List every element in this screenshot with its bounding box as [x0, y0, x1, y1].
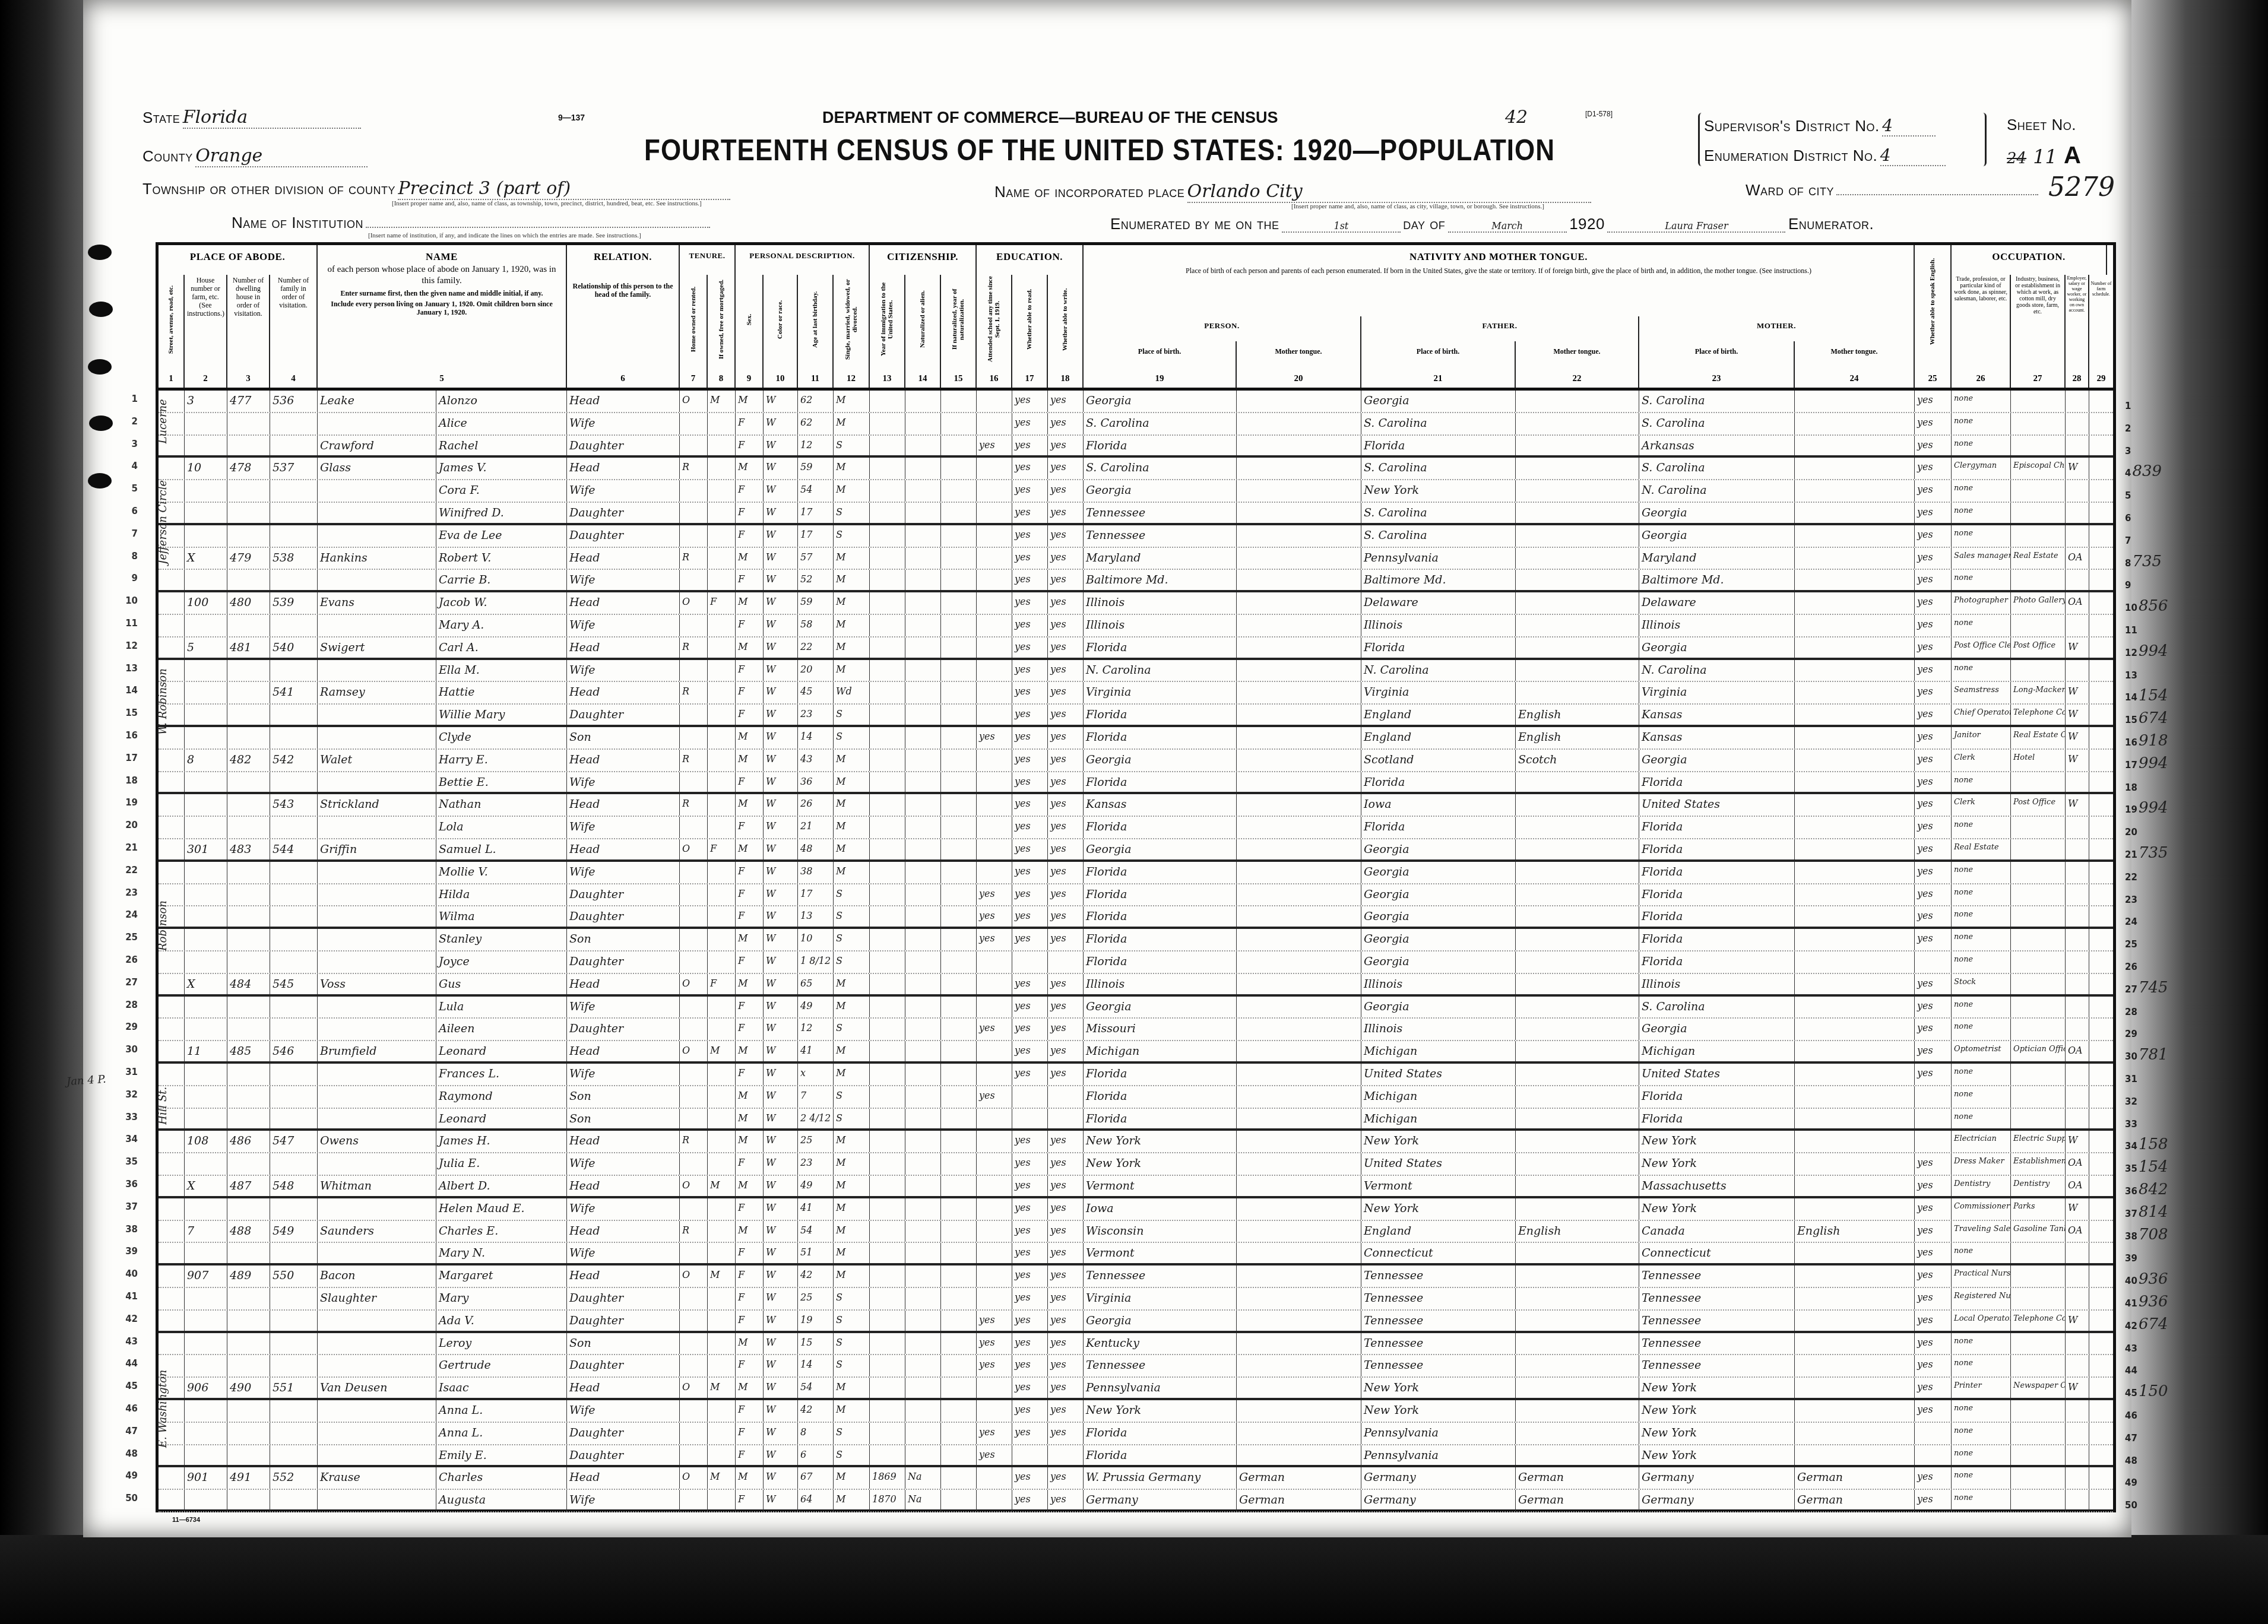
- cell-dwelling: 490: [227, 1378, 270, 1398]
- cell-pob: Florida: [1084, 436, 1237, 456]
- cell-trade: none: [1952, 906, 2011, 927]
- cell-family: [270, 906, 318, 927]
- cell-trade: Post Office Clerk: [1952, 637, 2011, 658]
- table-row[interactable]: LulaWifeFW49MyesyesGeorgiaGeorgiaS. Caro…: [159, 997, 2113, 1019]
- table-row[interactable]: Winifred D.DaughterFW17SyesyesTennesseeS…: [159, 503, 2113, 525]
- cell-natyr: [941, 458, 977, 479]
- table-row[interactable]: Carrie B.WifeFW52MyesyesBaltimore Md.Bal…: [159, 570, 2113, 592]
- cell-dwelling: [227, 1445, 270, 1466]
- cell-imm: [870, 1311, 905, 1331]
- cell-farm: [2089, 951, 2113, 973]
- cell-color: W: [764, 1064, 798, 1085]
- cell-industry: [2011, 660, 2066, 681]
- cell-mortgage: M: [708, 1176, 736, 1196]
- cell-family: 537: [270, 458, 318, 479]
- county-value[interactable]: Orange: [195, 145, 368, 167]
- cell-natyr: [941, 1243, 977, 1263]
- cell-age: 7: [798, 1086, 834, 1108]
- table-row[interactable]: Ada V.DaughterFW19SyesyesyesGeorgiaTenne…: [159, 1311, 2113, 1333]
- cell-m-tongue: [1795, 929, 1915, 950]
- table-row[interactable]: HildaDaughterFW17SyesyesyesFloridaGeorgi…: [159, 884, 2113, 907]
- line-number-right: 49: [2125, 1472, 2161, 1490]
- table-row[interactable]: 301483544GriffinSamuel L.HeadOFMW48Myesy…: [159, 839, 2113, 862]
- cell-color: W: [764, 413, 798, 434]
- table-row[interactable]: Anna L.DaughterFW8SyesyesyesFloridaPenns…: [159, 1423, 2113, 1445]
- cell-relation: Head: [567, 974, 680, 994]
- line-number-left: 15: [123, 708, 138, 718]
- cell-m-pob: Germany: [1639, 1490, 1795, 1511]
- cell-sex: F: [736, 570, 764, 590]
- cell-f-pob: New York: [1361, 1378, 1516, 1398]
- cell-surname: Saunders: [318, 1221, 436, 1242]
- cell-m-pob: Canada: [1639, 1221, 1795, 1242]
- cell-given: Augusta: [436, 1490, 567, 1511]
- cell-age: 45: [798, 682, 834, 703]
- cell-age: 21: [798, 817, 834, 838]
- cell-m-tongue: [1795, 592, 1915, 614]
- cell-own: [680, 1490, 708, 1511]
- cell-english: yes: [1915, 592, 1952, 614]
- cell-age: 51: [798, 1243, 834, 1263]
- cell-relation: Son: [567, 1333, 680, 1355]
- cell-house: [185, 436, 227, 456]
- table-row[interactable]: Emily E.DaughterFW6SyesFloridaPennsylvan…: [159, 1445, 2113, 1468]
- cell-industry: [2011, 1243, 2066, 1263]
- cell-given: Hattie: [436, 682, 567, 703]
- table-row[interactable]: 8482542WaletHarry E.HeadRMW43MyesyesGeor…: [159, 750, 2113, 772]
- cell-relation: Head: [567, 637, 680, 658]
- cell-read: yes: [1012, 436, 1048, 456]
- cell-color: W: [764, 1265, 798, 1287]
- cell-f-tongue: [1516, 615, 1639, 636]
- cell-relation: Wife: [567, 1198, 680, 1220]
- cell-natyr: [941, 817, 977, 838]
- cell-surname: [318, 906, 436, 927]
- cell-f-pob: England: [1361, 705, 1516, 725]
- cell-surname: [318, 705, 436, 725]
- cell-family: [270, 1086, 318, 1108]
- table-row[interactable]: Frances L.WifeFWxMyesyesFloridaUnited St…: [159, 1064, 2113, 1086]
- table-row[interactable]: Eva de LeeDaughterFW17SyesyesTennesseeS.…: [159, 525, 2113, 548]
- table-row[interactable]: Bettie E.WifeFW36MyesyesFloridaFloridaFl…: [159, 772, 2113, 795]
- cell-m-tongue: [1795, 503, 1915, 523]
- table-row[interactable]: LeroySonMW15SyesyesyesKentuckyTennesseeT…: [159, 1333, 2113, 1356]
- cell-relation: Wife: [567, 615, 680, 636]
- cell-color: W: [764, 503, 798, 523]
- cell-relation: Daughter: [567, 884, 680, 906]
- cell-sex: F: [736, 1198, 764, 1220]
- cell-farm: [2089, 1355, 2113, 1376]
- cell-english: yes: [1915, 1019, 1952, 1040]
- cell-pob: Florida: [1084, 884, 1237, 906]
- cell-school: yes: [977, 727, 1012, 748]
- cell-m-tongue: [1795, 1131, 1915, 1152]
- cell-age: 36: [798, 772, 834, 792]
- cell-surname: [318, 660, 436, 681]
- punch-hole: [88, 473, 112, 489]
- table-row[interactable]: Willie MaryDaughterFW23SyesyesFloridaEng…: [159, 705, 2113, 727]
- table-row[interactable]: 907489550BaconMargaretHeadOMFW42MyesyesT…: [159, 1265, 2113, 1288]
- cell-house: [185, 705, 227, 725]
- table-row[interactable]: X487548WhitmanAlbert D.HeadOMMW49Myesyes…: [159, 1176, 2113, 1198]
- cell-age: 1 8/12: [798, 951, 834, 973]
- cell-imm: [870, 1400, 905, 1422]
- cell-age: 43: [798, 750, 834, 771]
- table-row[interactable]: 901491552KrauseCharlesHeadOMMW67M1869Nay…: [159, 1467, 2113, 1490]
- cell-m-pob: Massachusetts: [1639, 1176, 1795, 1196]
- cell-family: [270, 1355, 318, 1376]
- cell-own: [680, 1064, 708, 1085]
- cell-imm: [870, 436, 905, 456]
- cell-school: [977, 1064, 1012, 1085]
- cell-natyr: [941, 1355, 977, 1376]
- cell-trade: Dress Maker: [1952, 1153, 2011, 1175]
- cell-english: yes: [1915, 750, 1952, 771]
- cell-m-pob: New York: [1639, 1198, 1795, 1220]
- table-row[interactable]: 541RamseyHattieHeadRFW45WdyesyesVirginia…: [159, 682, 2113, 705]
- cell-industry: Real Estate: [2011, 548, 2066, 569]
- cell-m-pob: Baltimore Md.: [1639, 570, 1795, 590]
- table-row[interactable]: 108486547OwensJames H.HeadRMW25MyesyesNe…: [159, 1131, 2113, 1153]
- cell-own: R: [680, 637, 708, 658]
- cell-imm: [870, 458, 905, 479]
- cell-pob: Florida: [1084, 862, 1237, 883]
- cell-read: yes: [1012, 750, 1048, 771]
- cell-read: yes: [1012, 1288, 1048, 1309]
- cell-color: W: [764, 1333, 798, 1355]
- enumeration-district-value[interactable]: 4: [1880, 145, 1946, 166]
- cell-trade: none: [1952, 1423, 2011, 1444]
- table-row[interactable]: 543StricklandNathanHeadRMW26MyesyesKansa…: [159, 794, 2113, 817]
- cell-m-tongue: [1795, 570, 1915, 590]
- institution-field: Name of Institution [Insert name of inst…: [232, 214, 710, 239]
- table-row[interactable]: AliceWifeFW62MyesyesS. CarolinaS. Caroli…: [159, 413, 2113, 436]
- enumerated-month[interactable]: March: [1448, 220, 1567, 233]
- cell-nat: [905, 1333, 941, 1355]
- cell-age: 14: [798, 727, 834, 748]
- line-number-left: 47: [123, 1426, 138, 1436]
- cell-nat: [905, 1019, 941, 1040]
- cell-family: [270, 1109, 318, 1129]
- incorporated-field: Name of incorporated place Orlando City …: [994, 181, 1591, 210]
- cell-f-pob: Michigan: [1361, 1086, 1516, 1108]
- cell-color: W: [764, 794, 798, 816]
- table-row[interactable]: Mary N.WifeFW51MyesyesVermontConnecticut…: [159, 1243, 2113, 1265]
- table-row[interactable]: JoyceDaughterFW1 8/12SFloridaGeorgiaFlor…: [159, 951, 2113, 974]
- cell-f-tongue: [1516, 413, 1639, 434]
- cell-own: O: [680, 592, 708, 614]
- cell-surname: [318, 1490, 436, 1511]
- table-row[interactable]: Anna L.WifeFW42MyesyesNew YorkNew YorkNe…: [159, 1400, 2113, 1423]
- cell-industry: [2011, 1423, 2066, 1444]
- cell-color: W: [764, 1288, 798, 1309]
- cell-school: [977, 660, 1012, 681]
- table-row[interactable]: Ella M.WifeFW20MyesyesN. CarolinaN. Caro…: [159, 660, 2113, 683]
- cell-m-pob: Kansas: [1639, 727, 1795, 748]
- cell-imm: [870, 525, 905, 547]
- table-row[interactable]: Julia E.WifeFW23MyesyesNew YorkUnited St…: [159, 1153, 2113, 1176]
- cell-school: [977, 525, 1012, 547]
- cell-color: W: [764, 1355, 798, 1376]
- cell-house: 100: [185, 592, 227, 614]
- ward-value[interactable]: [1836, 194, 2038, 195]
- cell-trade: none: [1952, 1064, 2011, 1085]
- cell-family: 542: [270, 750, 318, 771]
- township-value[interactable]: Precinct 3 (part of): [398, 178, 730, 200]
- table-row[interactable]: 5481540SwigertCarl A.HeadRMW22MyesyesFlo…: [159, 637, 2113, 660]
- cell-f-tongue: [1516, 391, 1639, 412]
- cell-trade: none: [1952, 525, 2011, 547]
- cell-english: yes: [1915, 413, 1952, 434]
- cell-color: W: [764, 772, 798, 792]
- cell-color: W: [764, 997, 798, 1018]
- table-row[interactable]: 11485546BrumfieldLeonardHeadOMMW41Myesye…: [159, 1041, 2113, 1064]
- cell-nat: [905, 1153, 941, 1175]
- cell-family: 536: [270, 391, 318, 412]
- cell-m-pob: N. Carolina: [1639, 660, 1795, 681]
- cell-family: [270, 862, 318, 883]
- table-row[interactable]: X479538HankinsRobert V.HeadRMW57MyesyesM…: [159, 548, 2113, 570]
- cell-write: yes: [1048, 660, 1084, 681]
- cell-given: Albert D.: [436, 1176, 567, 1196]
- line-number-right: 50: [2125, 1495, 2161, 1512]
- cell-surname: Crawford: [318, 436, 436, 456]
- cell-f-tongue: English: [1516, 705, 1639, 725]
- cell-given: Emily E.: [436, 1445, 567, 1466]
- cell-color: W: [764, 480, 798, 502]
- cell-f-tongue: [1516, 682, 1639, 703]
- cell-marital: M: [834, 480, 870, 502]
- cell-surname: [318, 1019, 436, 1040]
- cell-family: [270, 817, 318, 838]
- cell-f-pob: United States: [1361, 1153, 1516, 1175]
- supervisor-value[interactable]: 4: [1882, 116, 1936, 137]
- state-value[interactable]: Florida: [183, 107, 361, 129]
- cell-relation: Wife: [567, 817, 680, 838]
- cell-industry: [2011, 1265, 2066, 1287]
- cell-write: yes: [1048, 592, 1084, 614]
- cell-color: W: [764, 951, 798, 973]
- cell-color: W: [764, 1311, 798, 1331]
- cell-write: yes: [1048, 929, 1084, 950]
- cell-farm: [2089, 1311, 2113, 1331]
- cell-given: Samuel L.: [436, 839, 567, 859]
- cell-pob: Georgia: [1084, 391, 1237, 412]
- cell-farm: [2089, 1086, 2113, 1108]
- cell-read: yes: [1012, 1467, 1048, 1489]
- line-number-left: 43: [123, 1336, 138, 1347]
- cell-surname: [318, 1355, 436, 1376]
- cell-marital: S: [834, 929, 870, 950]
- cell-class: W: [2066, 1198, 2089, 1220]
- cell-natyr: [941, 1378, 977, 1398]
- table-row[interactable]: AugustaWifeFW64M1870NayesyesGermanyGerma…: [159, 1490, 2113, 1512]
- cell-trade: none: [1952, 1333, 2011, 1355]
- line-number-left: 49: [123, 1470, 138, 1481]
- enumeration-district-field: Enumeration District No. 4: [1704, 145, 1946, 166]
- cell-pob: S. Carolina: [1084, 458, 1237, 479]
- cell-class: [2066, 503, 2089, 523]
- cell-given: Ella M.: [436, 660, 567, 681]
- line-number-right: 42674: [2125, 1315, 2161, 1333]
- cell-own: [680, 1355, 708, 1376]
- cell-pob: Missouri: [1084, 1019, 1237, 1040]
- cell-english: yes: [1915, 1378, 1952, 1398]
- cell-mortgage: [708, 1109, 736, 1129]
- table-row[interactable]: Cora F.WifeFW54MyesyesGeorgiaNew YorkN. …: [159, 480, 2113, 503]
- cell-school: [977, 503, 1012, 523]
- cell-industry: [2011, 1467, 2066, 1489]
- cell-f-pob: Germany: [1361, 1490, 1516, 1511]
- cell-imm: [870, 750, 905, 771]
- table-row[interactable]: StanleySonMW10SyesyesyesFloridaGeorgiaFl…: [159, 929, 2113, 951]
- table-row[interactable]: 7488549SaundersCharles E.HeadRMW54Myesye…: [159, 1221, 2113, 1244]
- table-row[interactable]: 906490551Van DeusenIsaacHeadOMMW54Myesye…: [159, 1378, 2113, 1400]
- cell-mortgage: [708, 1288, 736, 1309]
- cell-relation: Daughter: [567, 525, 680, 547]
- table-row[interactable]: SlaughterMaryDaughterFW25SyesyesVirginia…: [159, 1288, 2113, 1311]
- cell-mortgage: [708, 1355, 736, 1376]
- table-row[interactable]: 100480539EvansJacob W.HeadOFMW59MyesyesI…: [159, 592, 2113, 615]
- col-17-read: Whether able to read.17: [1012, 275, 1048, 388]
- cell-m-pob: New York: [1639, 1131, 1795, 1152]
- cell-class: [2066, 1445, 2089, 1466]
- cell-marital: M: [834, 1176, 870, 1196]
- cell-surname: [318, 1311, 436, 1331]
- occupation-code-note: 154: [2139, 687, 2168, 705]
- cell-read: yes: [1012, 660, 1048, 681]
- table-row[interactable]: Mollie V.WifeFW38MyesyesFloridaGeorgiaFl…: [159, 862, 2113, 884]
- table-row[interactable]: ClydeSonMW14SyesyesyesFloridaEnglandEngl…: [159, 727, 2113, 750]
- cell-age: 26: [798, 794, 834, 816]
- cell-industry: [2011, 839, 2066, 859]
- cell-mortgage: [708, 884, 736, 906]
- cell-class: W: [2066, 1311, 2089, 1331]
- cell-class: [2066, 1288, 2089, 1309]
- cell-class: [2066, 1086, 2089, 1108]
- cell-sex: M: [736, 794, 764, 816]
- table-row[interactable]: Helen Maud E.WifeFW41MyesyesIowaNew York…: [159, 1198, 2113, 1221]
- cell-natyr: [941, 974, 977, 994]
- cell-class: W: [2066, 458, 2089, 479]
- cell-school: [977, 817, 1012, 838]
- line-number-right: 36842: [2125, 1181, 2161, 1198]
- cell-class: [2066, 997, 2089, 1018]
- cell-color: W: [764, 525, 798, 547]
- department-title: DEPARTMENT OF COMMERCE—BUREAU OF THE CEN…: [822, 109, 1278, 127]
- cell-surname: [318, 1064, 436, 1085]
- cell-house: [185, 906, 227, 927]
- cell-house: 301: [185, 839, 227, 859]
- table-row[interactable]: AileenDaughterFW12SyesyesyesMissouriIlli…: [159, 1019, 2113, 1041]
- cell-imm: [870, 1064, 905, 1085]
- county-field: County Orange: [142, 145, 368, 167]
- cell-house: [185, 1490, 227, 1511]
- table-row[interactable]: LeonardSonMW2 4/12SFloridaMichiganFlorid…: [159, 1109, 2113, 1131]
- cell-class: [2066, 1265, 2089, 1287]
- cell-relation: Wife: [567, 1153, 680, 1175]
- cell-school: yes: [977, 1423, 1012, 1444]
- cell-m-pob: Germany: [1639, 1467, 1795, 1489]
- cell-class: OA: [2066, 1221, 2089, 1242]
- cell-marital: M: [834, 570, 870, 590]
- cell-house: [185, 480, 227, 502]
- cell-tongue: [1237, 1176, 1361, 1196]
- cell-imm: [870, 660, 905, 681]
- cell-read: yes: [1012, 480, 1048, 502]
- line-number-left: 33: [123, 1112, 138, 1122]
- cell-class: W: [2066, 1378, 2089, 1398]
- cell-read: yes: [1012, 705, 1048, 725]
- col-8-mortgaged: If owned, free or mortgaged.8: [708, 275, 736, 388]
- cell-trade: none: [1952, 436, 2011, 456]
- table-row[interactable]: CrawfordRachelDaughterFW12SyesyesyesFlor…: [159, 436, 2113, 458]
- cell-dwelling: [227, 1064, 270, 1085]
- table-row[interactable]: RaymondSonMW7SyesFloridaMichiganFloridan…: [159, 1086, 2113, 1109]
- cell-family: [270, 1490, 318, 1511]
- cell-given: Gertrude: [436, 1355, 567, 1376]
- cell-read: [1012, 951, 1048, 973]
- cell-write: yes: [1048, 906, 1084, 927]
- cell-age: 6: [798, 1445, 834, 1466]
- cell-industry: [2011, 525, 2066, 547]
- table-row[interactable]: GertrudeDaughterFW14SyesyesyesTennesseeT…: [159, 1355, 2113, 1378]
- cell-marital: M: [834, 458, 870, 479]
- cell-f-pob: Delaware: [1361, 592, 1516, 614]
- cell-surname: [318, 1243, 436, 1263]
- table-row[interactable]: X484545VossGusHeadOFMW65MyesyesIllinoisI…: [159, 974, 2113, 997]
- enumerator-name[interactable]: Laura Fraser: [1607, 220, 1785, 233]
- cell-dwelling: 483: [227, 839, 270, 859]
- cell-write: yes: [1048, 750, 1084, 771]
- cell-own: R: [680, 1131, 708, 1152]
- table-row[interactable]: 3477536LeakeAlonzoHeadOMMW62MyesyesGeorg…: [159, 391, 2113, 413]
- cell-mortgage: [708, 548, 736, 569]
- table-row[interactable]: WilmaDaughterFW13SyesyesyesFloridaGeorgi…: [159, 906, 2113, 929]
- cell-trade: Sales manager: [1952, 548, 2011, 569]
- institution-value[interactable]: [366, 227, 710, 228]
- table-row[interactable]: LolaWifeFW21MyesyesFloridaFloridaFlorida…: [159, 817, 2113, 839]
- cell-nat: [905, 1221, 941, 1242]
- table-row[interactable]: Mary A.WifeFW58MyesyesIllinoisIllinoisIl…: [159, 615, 2113, 637]
- cell-m-tongue: [1795, 705, 1915, 725]
- incorporated-value[interactable]: Orlando City: [1187, 181, 1591, 203]
- cell-f-tongue: [1516, 974, 1639, 994]
- cell-dwelling: 482: [227, 750, 270, 771]
- cell-class: W: [2066, 637, 2089, 658]
- cell-m-tongue: [1795, 839, 1915, 859]
- cell-dwelling: 487: [227, 1176, 270, 1196]
- stamp-code: [D1-578]: [1585, 110, 1613, 118]
- table-row[interactable]: 10478537GlassJames V.HeadRMW59MyesyesS. …: [159, 458, 2113, 480]
- cell-given: Leonard: [436, 1041, 567, 1061]
- cell-house: 11: [185, 1041, 227, 1061]
- cell-given: Mollie V.: [436, 862, 567, 883]
- cell-class: [2066, 1333, 2089, 1355]
- cell-trade: Clerk: [1952, 794, 2011, 816]
- cell-school: [977, 1131, 1012, 1152]
- cell-class: [2066, 660, 2089, 681]
- cell-natyr: [941, 1131, 977, 1152]
- cell-imm: [870, 1109, 905, 1129]
- cell-pob: Vermont: [1084, 1176, 1237, 1196]
- line-number-left: 24: [123, 909, 138, 920]
- enumerated-day[interactable]: 1st: [1282, 220, 1401, 233]
- cell-sex: F: [736, 480, 764, 502]
- cell-natyr: [941, 592, 977, 614]
- cell-school: [977, 1153, 1012, 1175]
- cell-class: OA: [2066, 548, 2089, 569]
